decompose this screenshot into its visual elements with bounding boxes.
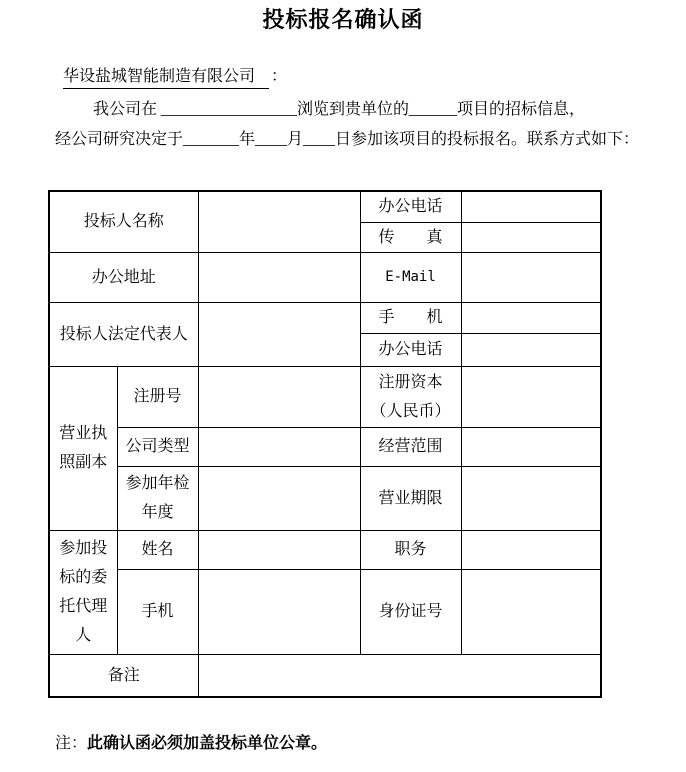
salutation-line: 华设盐城智能制造有限公司： <box>63 66 287 89</box>
table-row: 投标人名称 办公电话 <box>49 191 601 222</box>
value-company-type[interactable] <box>198 427 360 466</box>
value-legal-representative[interactable] <box>198 302 360 366</box>
label-company-type: 公司类型 <box>117 427 198 466</box>
value-bidder-name[interactable] <box>198 191 360 252</box>
label-bidder-name: 投标人名称 <box>49 191 198 252</box>
table-row: 投标人法定代表人 手 机 <box>49 302 601 333</box>
value-office-phone-2[interactable] <box>461 333 601 366</box>
contact-info-table: 投标人名称 办公电话 传 真 办公地址 E-Mail 投标人法定代表人 手 机 <box>48 190 602 698</box>
footnote-bold-text: 此确认函必须加盖投标单位公章。 <box>87 735 327 752</box>
value-business-term[interactable] <box>461 466 601 530</box>
label-remarks: 备注 <box>49 654 198 697</box>
value-office-address[interactable] <box>198 252 360 302</box>
salutation-colon: ： <box>269 68 287 85</box>
label-annual-inspection-year: 参加年检 年度 <box>117 466 198 530</box>
label-business-scope: 经营范围 <box>360 427 461 466</box>
value-fax[interactable] <box>461 222 601 252</box>
value-annual-inspection-year[interactable] <box>198 466 360 530</box>
value-mobile-2[interactable] <box>198 569 360 654</box>
document-page: 投标报名确认函 华设盐城智能制造有限公司： 我公司在 _____________… <box>0 0 686 772</box>
table-row: 营业执 照副本 注册号 注册资本 （人民币） <box>49 366 601 427</box>
table-row: 参加投 标的委 托代理 人 姓名 职务 <box>49 530 601 569</box>
label-authorized-agent-group: 参加投 标的委 托代理 人 <box>49 530 117 654</box>
label-office-phone-1: 办公电话 <box>360 191 461 222</box>
label-position: 职务 <box>360 530 461 569</box>
value-registration-number[interactable] <box>198 366 360 427</box>
footnote: 注：此确认函必须加盖投标单位公章。 <box>55 733 327 755</box>
value-id-number[interactable] <box>461 569 601 654</box>
value-mobile-1[interactable] <box>461 302 601 333</box>
value-position[interactable] <box>461 530 601 569</box>
label-mobile-1: 手 机 <box>360 302 461 333</box>
table-row: 办公地址 E-Mail <box>49 252 601 302</box>
value-email[interactable] <box>461 252 601 302</box>
label-fax: 传 真 <box>360 222 461 252</box>
table-row: 公司类型 经营范围 <box>49 427 601 466</box>
body-paragraph-line-2: 经公司研究决定于_______年____月____日参加该项目的投标报名。联系方… <box>55 129 639 151</box>
label-agent-name: 姓名 <box>117 530 198 569</box>
label-office-phone-2: 办公电话 <box>360 333 461 366</box>
label-email: E-Mail <box>360 252 461 302</box>
label-business-license-group: 营业执 照副本 <box>49 366 117 530</box>
label-legal-representative: 投标人法定代表人 <box>49 302 198 366</box>
document-title: 投标报名确认函 <box>0 3 686 34</box>
table-row: 手机 身份证号 <box>49 569 601 654</box>
value-remarks[interactable] <box>198 654 601 697</box>
value-business-scope[interactable] <box>461 427 601 466</box>
value-office-phone-1[interactable] <box>461 191 601 222</box>
value-registered-capital[interactable] <box>461 366 601 427</box>
label-id-number: 身份证号 <box>360 569 461 654</box>
table-row: 参加年检 年度 营业期限 <box>49 466 601 530</box>
body-paragraph-line-1: 我公司在 _________________浏览到贵单位的______项目的招标… <box>93 99 585 121</box>
label-registration-number: 注册号 <box>117 366 198 427</box>
label-registered-capital: 注册资本 （人民币） <box>360 366 461 427</box>
label-business-term: 营业期限 <box>360 466 461 530</box>
table-row: 备注 <box>49 654 601 697</box>
company-name-underlined: 华设盐城智能制造有限公司 <box>63 66 269 89</box>
footnote-prefix: 注： <box>55 735 87 752</box>
value-agent-name[interactable] <box>198 530 360 569</box>
label-mobile-2: 手机 <box>117 569 198 654</box>
label-office-address: 办公地址 <box>49 252 198 302</box>
